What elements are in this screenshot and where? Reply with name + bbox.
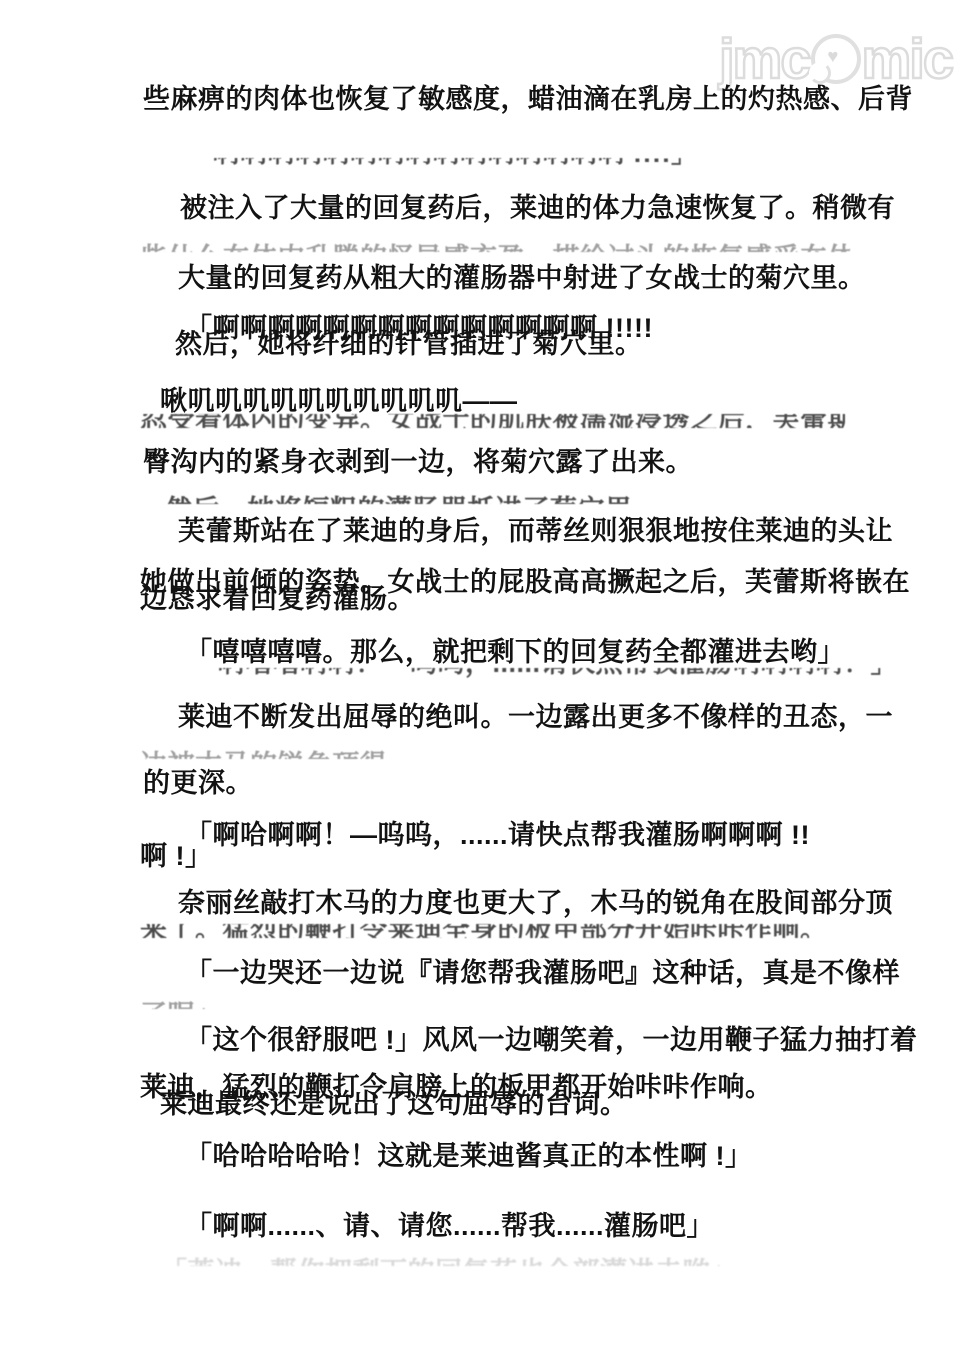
ghost-line: 来了。猛烈的鞭打令莱迪全身的板甲部分开始咔咔作响。 [140,924,820,938]
text-line: 啾叽叽叽叽叽叽叽叽叽叽—— [160,386,518,417]
ghost-line: 「啊啊啊啊啊啊啊啊啊啊啊啊啊啊啊 !!!!」 [185,158,905,168]
overlap-line: 然后，她将纤细的针管插进了菊穴里。 [175,329,643,360]
text-line: 「啊哈啊啊！—呜呜，......请快点帮我灌肠啊啊啊 !! [185,820,810,851]
overlap-line: 莱迪最终还是说出了这句屈辱的台词。 [160,1089,628,1120]
overlap-line: 边恳求着回复药灌肠。 [140,584,415,615]
ghost-line: 忍受着体内的变异。女战士的肌肤被濡湿浸透之后，芙蕾斯将嵌在 [140,414,845,428]
scanned-novel-page: jmc mic 些麻痹的肉体也恢复了敏感度，蜡油滴在乳房上的灼热感、后背 「啊啊… [0,0,960,1358]
text-line: 「啊啊......、请、请您......帮我......灌肠吧」 [185,1211,714,1242]
ghost-line: 然后，她将短粗的灌肠器抵进了菊穴里 [165,495,645,504]
text-line: 大量的回复药从粗大的灌肠器中射进了女战士的菊穴里。 [178,263,866,294]
ghost-line: 边被木马的锐角顶得 [140,750,400,759]
ghost-line: 些什么在体内升腾的怪异感充盈，描绘过头的恢复感受在体内蔓延 [140,243,850,252]
text-line: 臀沟内的紧身衣剥到一边，将菊穴露了出来。 [143,447,693,478]
logo-text-right: mic [862,26,953,91]
text-line: 些麻痹的肉体也恢复了敏感度，蜡油滴在乳房上的灼热感、后背 [143,84,913,115]
mascot-icon [811,34,861,84]
ghost-line: 了呢」 [140,1000,230,1009]
text-line: 「一边哭还一边说『请您帮我灌肠吧』这种话，真是不像样 [185,958,900,989]
text-line: 被注入了大量的回复药后，莱迪的体力急速恢复了。稍微有 [180,193,895,224]
text-line: 「哈哈哈哈哈！这就是莱迪酱真正的本性啊 !」 [185,1141,753,1172]
ghost-line: 「啊嘻嘻啊啊！—呜呜，......请快点帮我灌肠啊啊啊啊！」 [190,668,890,678]
text-line: 奈丽丝敲打木马的力度也更大了，木马的锐角在股间部分顶 [178,888,893,919]
jmcomic-logo: jmc mic [719,26,952,91]
ghost-line: 「莱迪、帮你把剩下的回复药也全部灌进去哟」 [160,1257,780,1266]
text-line: 「这个很舒服吧 !」风风一边嘲笑着，一边用鞭子猛力抽打着 [185,1025,918,1056]
text-line: 莱迪不断发出屈辱的绝叫。一边露出更多不像样的丑态，一 [178,702,893,733]
logo-text-left: jmc [719,26,810,91]
text-line: 「嘻嘻嘻嘻。那么，就把剩下的回复药全都灌进去哟」 [185,637,845,668]
text-line: 芙蕾斯站在了莱迪的身后，而蒂丝则狠狠地按住莱迪的头让 [178,516,893,547]
text-line: 的更深。 [143,768,253,799]
text-line: 啊 !」 [140,841,213,872]
